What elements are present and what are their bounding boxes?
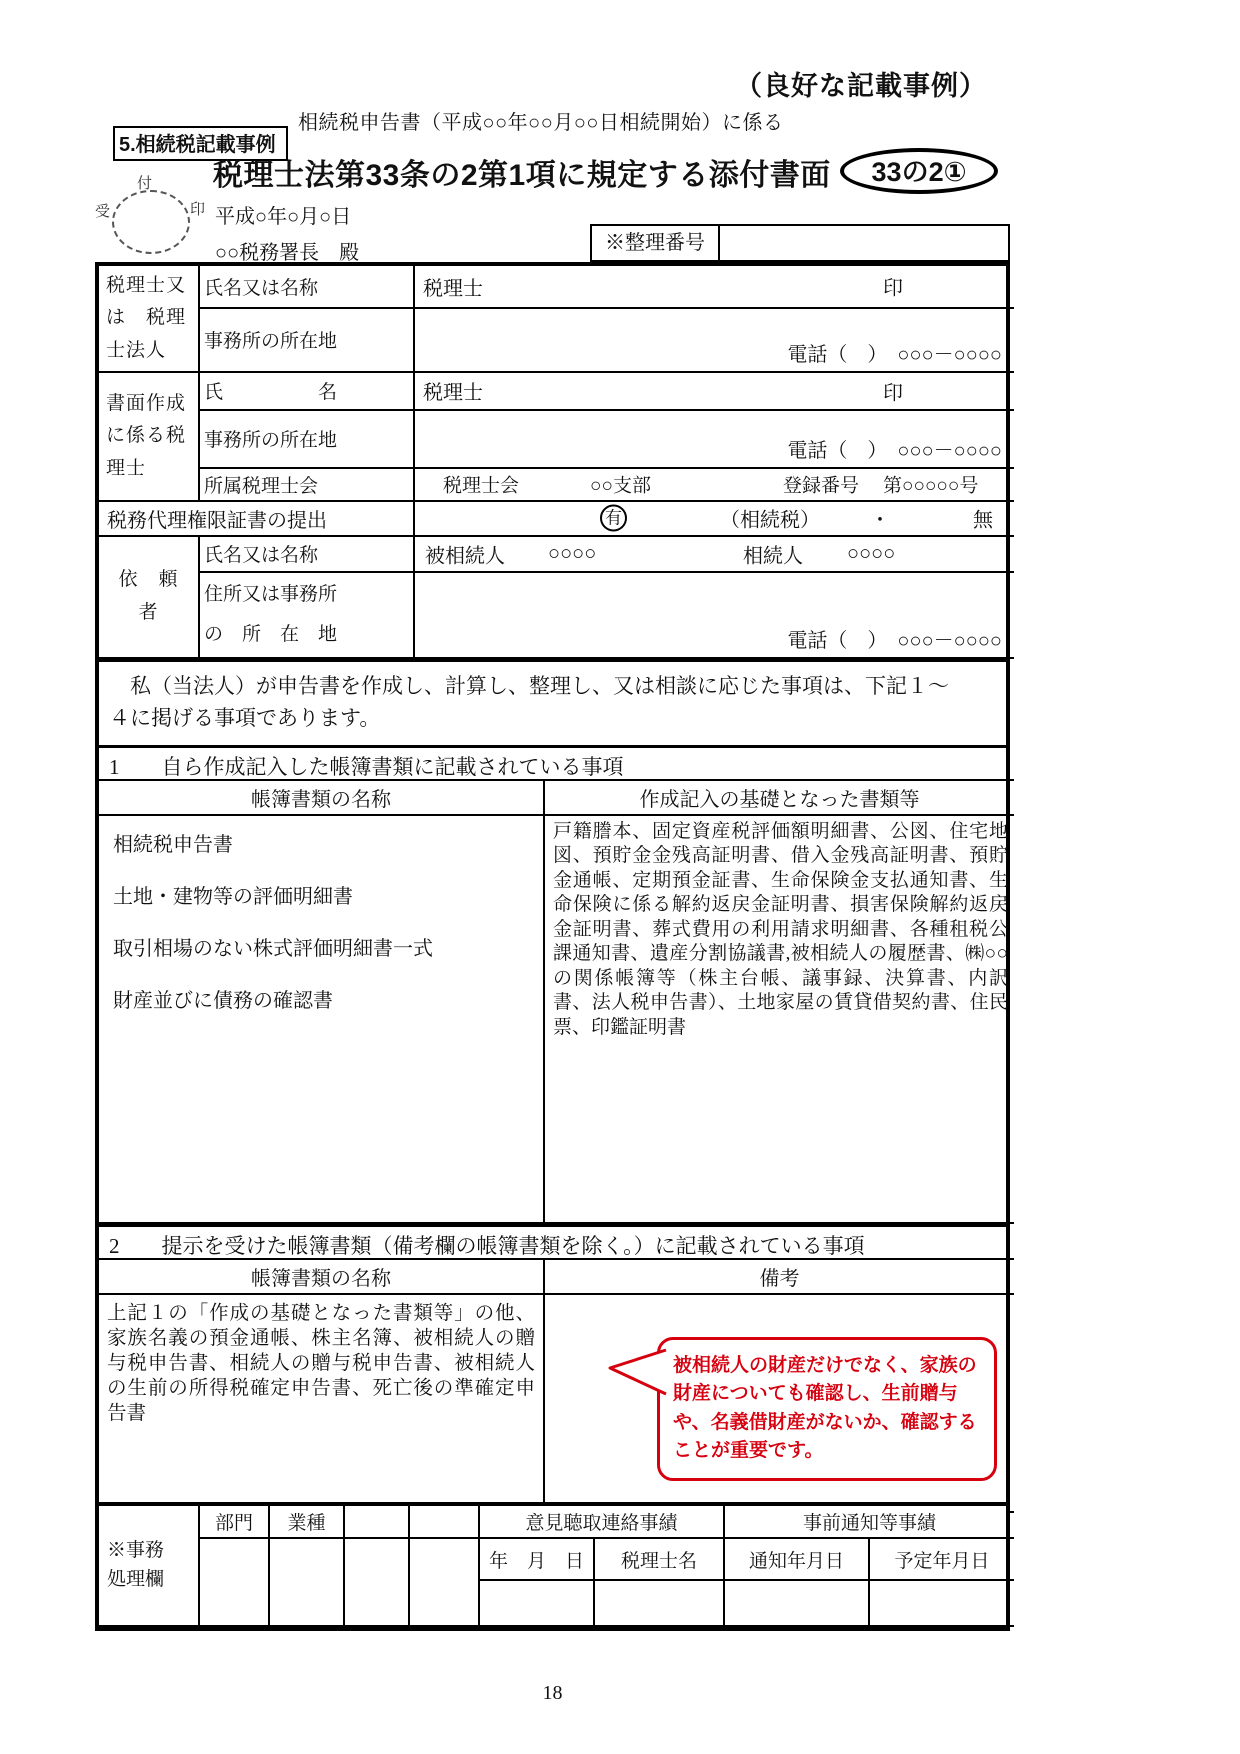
declaration-paragraph: 私（当法人）が申告書を作成し、計算し、整理し、又は相談に応じた事項は、下記１～ … [99,659,1006,745]
admin-bumon-header: 部門 [199,1506,269,1538]
page-title: 税理士法第33条の2第1項に規定する添付書面 [213,150,831,194]
admin-bumon-cell [199,1538,269,1626]
circled-yes-icon: 有 [600,505,627,532]
admin-blank-header-1 [344,1506,409,1538]
zeirishi-name-text: 税理士 [423,278,483,300]
decedent-name: ○○○○ [548,542,596,565]
sakusei-office-label: 事務所の所在地 [199,410,414,468]
preparer-info-table: 税理士又は 税理士法人 氏名又は名称 税理士 印 事務所の所在地 電話（ ） ○… [99,266,1014,659]
admin-blank-cell-2 [409,1538,479,1626]
admin-date-col-header: 年 月 日 [479,1538,594,1580]
daiken-no: 無 [973,504,993,533]
title-badge: 33の2① [840,148,998,194]
admin-label: ※事務 処理欄 [99,1506,199,1626]
heir-label: 相続人 [743,539,803,568]
daiken-yes-circled: 有 [600,505,627,532]
section2-table: 帳簿書類の名称 備考 上記１の「作成の基礎となった書類等」の他、家族名義の預金通… [99,1258,1014,1513]
sakusei-phone: 電話（ ） ○○○－○○○○ [414,410,1014,468]
section2-documents-list: 上記１の「作成の基礎となった書類等」の他、家族名義の預金通帳、株主名簿、被相続人… [99,1294,544,1512]
sakusei-name-text: 税理士 [423,382,483,404]
decedent-label: 被相続人 [425,539,505,568]
irainin-name-value: 被相続人 ○○○○ 相続人 ○○○○ [414,536,1014,572]
date-line: 平成○年○月○日 [215,200,351,229]
section2-col1-header: 帳簿書類の名称 [99,1259,544,1294]
daiken-label: 税務代理権限証書の提出 [99,501,414,536]
reference-number-label: ※整理番号 [590,224,720,262]
section1-col2-header: 作成記入の基礎となった書類等 [544,780,1014,815]
callout-tail-icon [608,1348,670,1396]
good-example-label: （良好な記載事例） [735,64,987,103]
zeirishi-name-label: 氏名又は名称 [199,266,414,308]
receipt-stamp-circle-icon [112,190,190,254]
registration-label: 登録番号 [783,471,859,498]
admin-zeirishi-cell [594,1580,724,1626]
addressee-line: ○○税務署長 殿 [215,236,359,265]
main-form: 税理士又は 税理士法人 氏名又は名称 税理士 印 事務所の所在地 電話（ ） ○… [95,262,1010,1517]
daiken-kind: （相続税） [720,504,820,533]
admin-processing-table: ※事務 処理欄 部門 業種 意見聴取連絡事績 事前通知等事績 年 月 日 税理士… [95,1502,1010,1631]
section1-col1-header: 帳簿書類の名称 [99,780,544,815]
receipt-stamp-char-right: 印 [190,198,205,219]
admin-yotei-cell [869,1580,1014,1626]
admin-blank-cell-1 [344,1538,409,1626]
section1-documents-list: 相続税申告書 土地・建物等の評価明細書 取引相場のない株式評価明細書一式 財産並… [99,815,544,1223]
section2-heading: 2 提示を受けた帳簿書類（備考欄の帳簿書類を除く。）に記載されている事項 [99,1224,1006,1258]
sakusei-assoc-label: 所属税理士会 [199,468,414,501]
reference-number-box: ※整理番号 [590,224,1010,262]
zeirishi-phone: 電話（ ） ○○○－○○○○ [414,308,1014,372]
red-callout-bubble: 被相続人の財産だけでなく、家族の財産についても確認し、生前贈与や、名義借財産がな… [657,1337,997,1481]
admin-tsuchi-col-header: 通知年月日 [724,1538,869,1580]
admin-jizen-header: 事前通知等事績 [724,1506,1014,1538]
reference-number-value [720,224,1010,262]
zeirishi-office-label: 事務所の所在地 [199,308,414,372]
receipt-stamp-char-top: 付 [137,172,152,193]
sakusei-seal-mark: 印 [883,376,903,405]
registration-number: 第○○○○○号 [883,471,978,498]
irainin-phone: 電話（ ） ○○○－○○○○ [414,572,1014,658]
group-label-zeirishi: 税理士又は 税理士法人 [99,266,199,372]
section1-basis-text: 戸籍謄本、固定資産税評価額明細書、公図、住宅地図、預貯金金残高証明書、借入金残高… [544,815,1014,1223]
page-number: 18 [95,1682,1010,1705]
admin-yotei-col-header: 予定年月日 [869,1538,1014,1580]
sakusei-name-label: 氏 名 [199,372,414,410]
group-label-irainin: 依 頼 者 [99,536,199,658]
section2-col2-header: 備考 [544,1259,1014,1294]
subject-line: 相続税申告書（平成○○年○○月○○日相続開始）に係る [298,106,783,135]
irainin-addr-label: 住所又は事務所 の 所 在 地 [199,572,414,658]
admin-blank-header-2 [409,1506,479,1538]
callout-text: 被相続人の財産だけでなく、家族の財産についても確認し、生前贈与や、名義借財産がな… [673,1355,977,1462]
assoc-kai: 税理士会 [443,471,519,498]
sakusei-assoc-value: 税理士会 ○○支部 登録番号 第○○○○○号 [414,468,1014,501]
admin-iken-header: 意見聴取連絡事績 [479,1506,724,1538]
section1-heading: 1 自ら作成記入した帳簿書類に記載されている事項 [99,745,1006,779]
admin-gyoshu-cell [269,1538,344,1626]
sakusei-name-value: 税理士 印 [414,372,1014,410]
daiken-dot: ・ [870,504,890,533]
section1-table: 帳簿書類の名称 作成記入の基礎となった書類等 相続税申告書 土地・建物等の評価明… [99,779,1014,1224]
admin-gyoshu-header: 業種 [269,1506,344,1538]
admin-tsuchi-cell [724,1580,869,1626]
admin-zeirishi-col-header: 税理士名 [594,1538,724,1580]
zeirishi-seal-mark: 印 [883,272,903,301]
admin-date-cell [479,1580,594,1626]
heir-name: ○○○○ [847,542,895,565]
daiken-value: 有 （相続税） ・ 無 [414,501,1014,536]
zeirishi-name-value: 税理士 印 [414,266,1014,308]
receipt-stamp-char-left: 受 [95,200,110,221]
irainin-name-label: 氏名又は名称 [199,536,414,572]
section2-remarks-cell: 被相続人の財産だけでなく、家族の財産についても確認し、生前贈与や、名義借財産がな… [544,1294,1014,1512]
group-label-sakusei: 書面作成に係る税理士 [99,372,199,501]
assoc-shibu: ○○支部 [590,471,651,498]
